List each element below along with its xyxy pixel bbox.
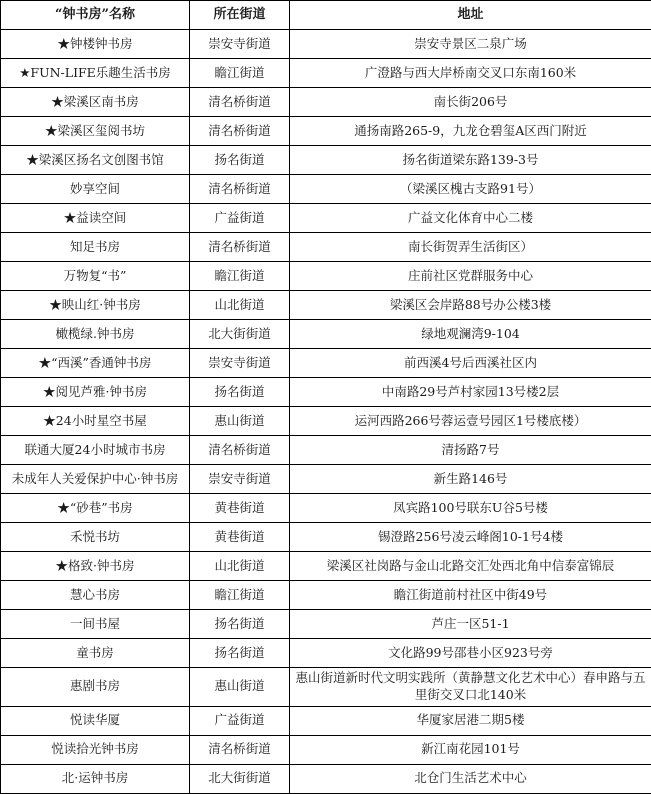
cell-address: 瞻江街道前村社区中街49号	[290, 581, 651, 610]
cell-name: 联通大厦24小时城市书房	[1, 436, 190, 465]
cell-name: 惠剧书房	[1, 668, 190, 707]
cell-address: 惠山街道新时代文明实践所（黄静慧文化艺术中心）春申路与五里街交叉口北140米	[290, 668, 651, 707]
cell-street: 清名桥街道	[190, 88, 290, 117]
table-row: 悦读拾光钟书房 清名桥街道 新江南花园101号	[1, 735, 651, 764]
cell-address: 通扬南路265-9，九龙仓碧玺A区西门附近	[290, 117, 651, 146]
cell-name: ★格致·钟书房	[1, 552, 190, 581]
table-header-row: “钟书房”名称 所在街道 地址	[1, 1, 651, 30]
cell-name: 悦读华厦	[1, 706, 190, 735]
cell-street: 黄巷街道	[190, 494, 290, 523]
cell-name: 一间书屋	[1, 610, 190, 639]
cell-address: 锡澄路256号凌云峰阁10-1号4楼	[290, 523, 651, 552]
cell-address: 庄前社区党群服务中心	[290, 262, 651, 291]
table-row: 禾悦书坊 黄巷街道 锡澄路256号凌云峰阁10-1号4楼	[1, 523, 651, 552]
table-row: ★梁溪区玺阅书坊 清名桥街道 通扬南路265-9，九龙仓碧玺A区西门附近	[1, 117, 651, 146]
cell-address: 文化路99号邵巷小区923号旁	[290, 639, 651, 668]
cell-street: 惠山街道	[190, 668, 290, 707]
cell-name: ★24小时星空书屋	[1, 407, 190, 436]
table-row: 万物复“书” 瞻江街道 庄前社区党群服务中心	[1, 262, 651, 291]
cell-name: 橄榄绿.钟书房	[1, 320, 190, 349]
cell-address: 北仓门生活艺术中心	[290, 764, 651, 793]
table-row: ★阅见芦雅·钟书房 扬名街道 中南路29号芦村家园13号楼2层	[1, 378, 651, 407]
table-row: ★“西溪”香通钟书房 崇安寺街道 前西溪4号后西溪社区内	[1, 349, 651, 378]
cell-street: 广益街道	[190, 706, 290, 735]
table-row: 联通大厦24小时城市书房 清名桥街道 清扬路7号	[1, 436, 651, 465]
cell-street: 崇安寺街道	[190, 465, 290, 494]
table-row: ★FUN-LIFE乐趣生活书房 瞻江街道 广澄路与西大岸桥南交叉口东南160米	[1, 59, 651, 88]
cell-name: 北·运钟书房	[1, 764, 190, 793]
table-row: 未成年人关爱保护中心·钟书房 崇安寺街道 新生路146号	[1, 465, 651, 494]
cell-name: ★“西溪”香通钟书房	[1, 349, 190, 378]
cell-name: ★梁溪区玺阅书坊	[1, 117, 190, 146]
table-row: 童书房 扬名街道 文化路99号邵巷小区923号旁	[1, 639, 651, 668]
table-row: ★格致·钟书房 山北街道 梁溪区社岗路与金山北路交汇处西北角中信泰富锦辰	[1, 552, 651, 581]
cell-address: 清扬路7号	[290, 436, 651, 465]
cell-name: ★梁溪区南书房	[1, 88, 190, 117]
header-name: “钟书房”名称	[1, 1, 190, 30]
table-row: ★梁溪区南书房 清名桥街道 南长街206号	[1, 88, 651, 117]
cell-street: 清名桥街道	[190, 233, 290, 262]
cell-street: 黄巷街道	[190, 523, 290, 552]
table-row: ★24小时星空书屋 惠山街道 运河西路266号蓉运壹号园区1号楼底楼）	[1, 407, 651, 436]
cell-address: 绿地观澜湾9-104	[290, 320, 651, 349]
cell-address: 南长街206号	[290, 88, 651, 117]
cell-address: 广益文化体育中心二楼	[290, 204, 651, 233]
cell-street: 山北街道	[190, 291, 290, 320]
cell-name: 妙享空间	[1, 175, 190, 204]
table-row: 一间书屋 扬名街道 芦庄一区51-1	[1, 610, 651, 639]
cell-street: 崇安寺街道	[190, 349, 290, 378]
cell-street: 崇安寺街道	[190, 30, 290, 59]
header-street: 所在街道	[190, 1, 290, 30]
cell-street: 清名桥街道	[190, 175, 290, 204]
cell-name: 未成年人关爱保护中心·钟书房	[1, 465, 190, 494]
cell-name: ★梁溪区扬名文创图书馆	[1, 146, 190, 175]
table-row: 北·运钟书房 北大街街道 北仓门生活艺术中心	[1, 764, 651, 793]
bookroom-table: “钟书房”名称 所在街道 地址 ★钟楼钟书房 崇安寺街道 崇安寺景区二泉广场 ★…	[0, 0, 651, 794]
cell-address: 芦庄一区51-1	[290, 610, 651, 639]
cell-street: 山北街道	[190, 552, 290, 581]
cell-name: 慧心书房	[1, 581, 190, 610]
cell-name: 万物复“书”	[1, 262, 190, 291]
cell-address: 梁溪区社岗路与金山北路交汇处西北角中信泰富锦辰	[290, 552, 651, 581]
cell-street: 北大街街道	[190, 764, 290, 793]
table-body: ★钟楼钟书房 崇安寺街道 崇安寺景区二泉广场 ★FUN-LIFE乐趣生活书房 瞻…	[1, 30, 651, 794]
cell-address: 前西溪4号后西溪社区内	[290, 349, 651, 378]
cell-address: 扬名街道梁东路139-3号	[290, 146, 651, 175]
cell-street: 扬名街道	[190, 378, 290, 407]
cell-street: 瞻江街道	[190, 262, 290, 291]
cell-address: 崇安寺景区二泉广场	[290, 30, 651, 59]
cell-street: 清名桥街道	[190, 117, 290, 146]
cell-street: 扬名街道	[190, 639, 290, 668]
cell-name: ★映山红·钟书房	[1, 291, 190, 320]
table-row: ★映山红·钟书房 山北街道 梁溪区会岸路88号办公楼3楼	[1, 291, 651, 320]
cell-address: 凤宾路100号联东U谷5号楼	[290, 494, 651, 523]
table-row: ★钟楼钟书房 崇安寺街道 崇安寺景区二泉广场	[1, 30, 651, 59]
cell-street: 北大街街道	[190, 320, 290, 349]
cell-name: 悦读拾光钟书房	[1, 735, 190, 764]
cell-address: 新生路146号	[290, 465, 651, 494]
cell-name: 禾悦书坊	[1, 523, 190, 552]
cell-address: 南长街贺弄生活街区）	[290, 233, 651, 262]
table-row: ★梁溪区扬名文创图书馆 扬名街道 扬名街道梁东路139-3号	[1, 146, 651, 175]
cell-street: 清名桥街道	[190, 436, 290, 465]
header-address: 地址	[290, 1, 651, 30]
cell-name: ★“砂巷”书房	[1, 494, 190, 523]
cell-address: 中南路29号芦村家园13号楼2层	[290, 378, 651, 407]
cell-street: 广益街道	[190, 204, 290, 233]
cell-name: 童书房	[1, 639, 190, 668]
table-row: 慧心书房 瞻江街道 瞻江街道前村社区中街49号	[1, 581, 651, 610]
cell-address: 运河西路266号蓉运壹号园区1号楼底楼）	[290, 407, 651, 436]
cell-name: ★钟楼钟书房	[1, 30, 190, 59]
cell-name: ★益读空间	[1, 204, 190, 233]
table-row: 橄榄绿.钟书房 北大街街道 绿地观澜湾9-104	[1, 320, 651, 349]
cell-street: 清名桥街道	[190, 735, 290, 764]
cell-street: 瞻江街道	[190, 581, 290, 610]
cell-street: 扬名街道	[190, 146, 290, 175]
cell-address: （梁溪区槐古支路91号）	[290, 175, 651, 204]
cell-street: 瞻江街道	[190, 59, 290, 88]
cell-name: 知足书房	[1, 233, 190, 262]
cell-address: 梁溪区会岸路88号办公楼3楼	[290, 291, 651, 320]
cell-street: 惠山街道	[190, 407, 290, 436]
cell-name: ★FUN-LIFE乐趣生活书房	[1, 59, 190, 88]
cell-name: ★阅见芦雅·钟书房	[1, 378, 190, 407]
table-row: ★益读空间 广益街道 广益文化体育中心二楼	[1, 204, 651, 233]
table-row: ★“砂巷”书房 黄巷街道 凤宾路100号联东U谷5号楼	[1, 494, 651, 523]
cell-address: 新江南花园101号	[290, 735, 651, 764]
cell-address: 广澄路与西大岸桥南交叉口东南160米	[290, 59, 651, 88]
table-row: 悦读华厦 广益街道 华厦家居港二期5楼	[1, 706, 651, 735]
cell-address: 华厦家居港二期5楼	[290, 706, 651, 735]
cell-street: 扬名街道	[190, 610, 290, 639]
table-row: 惠剧书房 惠山街道 惠山街道新时代文明实践所（黄静慧文化艺术中心）春申路与五里街…	[1, 668, 651, 707]
table-row: 知足书房 清名桥街道 南长街贺弄生活街区）	[1, 233, 651, 262]
table-row: 妙享空间 清名桥街道 （梁溪区槐古支路91号）	[1, 175, 651, 204]
